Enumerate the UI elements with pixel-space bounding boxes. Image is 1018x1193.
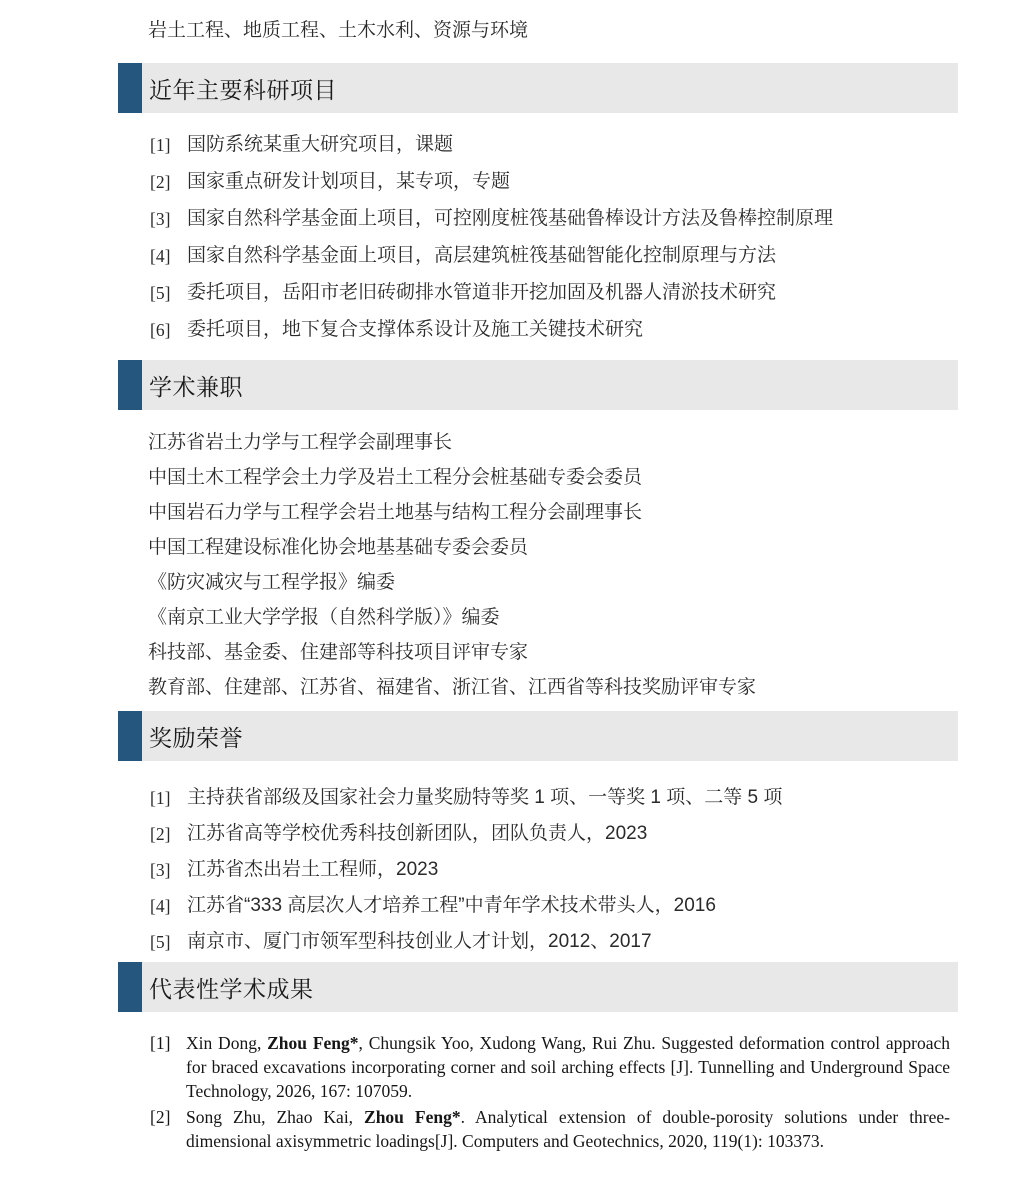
- publication-authors-before: Xin Dong,: [186, 1033, 267, 1053]
- list-item: [2] 国家重点研发计划项目，某专项，专题: [150, 169, 958, 195]
- list-item: [1] 主持获省部级及国家社会力量奖励特等奖 1 项、一等奖 1 项、二等 5 …: [150, 785, 958, 811]
- item-number: [4]: [150, 893, 187, 919]
- item-text: 主持获省部级及国家社会力量奖励特等奖 1 项、一等奖 1 项、二等 5 项: [187, 785, 782, 811]
- publication-author-highlight: Zhou Feng*: [267, 1033, 358, 1053]
- list-item: 中国岩石力学与工程学会岩土地基与结构工程分会副理事长: [148, 500, 958, 526]
- list-item: [1] 国防系统某重大研究项目，课题: [150, 132, 958, 158]
- research-fields-line: 岩土工程、地质工程、土木水利、资源与环境: [148, 18, 528, 44]
- publications-list: [1]Xin Dong, Zhou Feng*, Chungsik Yoo, X…: [150, 1031, 950, 1155]
- list-item: [4] 江苏省“333 高层次人才培养工程”中青年学术技术带头人，2016: [150, 893, 958, 919]
- awards-list: [1] 主持获省部级及国家社会力量奖励特等奖 1 项、一等奖 1 项、二等 5 …: [150, 785, 958, 965]
- section-header-projects: 近年主要科研项目: [118, 63, 958, 113]
- section-header-academic-positions: 学术兼职: [118, 360, 958, 410]
- list-item: 中国工程建设标准化协会地基基础专委会委员: [148, 535, 958, 561]
- list-item: 《南京工业大学学报（自然科学版）》编委: [148, 605, 958, 631]
- projects-list: [1] 国防系统某重大研究项目，课题 [2] 国家重点研发计划项目，某专项，专题…: [150, 132, 958, 354]
- list-item: 江苏省岩土力学与工程学会副理事长: [148, 430, 958, 456]
- item-text: 国防系统某重大研究项目，课题: [187, 132, 453, 158]
- section-accent-bar: [118, 360, 142, 410]
- publication-item: [1]Xin Dong, Zhou Feng*, Chungsik Yoo, X…: [150, 1031, 950, 1103]
- list-item: [2] 江苏省高等学校优秀科技创新团队，团队负责人，2023: [150, 821, 958, 847]
- section-accent-bar: [118, 63, 142, 113]
- item-text: 江苏省杰出岩土工程师，2023: [187, 857, 438, 883]
- item-text: 委托项目，地下复合支撑体系设计及施工关键技术研究: [187, 317, 643, 343]
- list-item: 《防灾减灾与工程学报》编委: [148, 570, 958, 596]
- list-item: [5] 委托项目，岳阳市老旧砖砌排水管道非开挖加固及机器人清淤技术研究: [150, 280, 958, 306]
- cv-document-page: 岩土工程、地质工程、土木水利、资源与环境 近年主要科研项目 [1] 国防系统某重…: [0, 0, 1018, 1193]
- item-number: [3]: [150, 857, 187, 883]
- section-header-awards: 奖励荣誉: [118, 711, 958, 761]
- item-number: [5]: [150, 280, 187, 306]
- list-item: 教育部、住建部、江苏省、福建省、浙江省、江西省等科技奖励评审专家: [148, 675, 958, 701]
- list-item: [5] 南京市、厦门市领军型科技创业人才计划，2012、2017: [150, 929, 958, 955]
- item-number: [5]: [150, 929, 187, 955]
- item-text: 国家自然科学基金面上项目，可控刚度桩筏基础鲁棒设计方法及鲁棒控制原理: [187, 206, 833, 232]
- publication-authors-before: Song Zhu, Zhao Kai,: [186, 1107, 364, 1127]
- section-title-projects: 近年主要科研项目: [149, 72, 337, 105]
- item-number: [2]: [150, 821, 187, 847]
- item-number: [3]: [150, 206, 187, 232]
- list-item: [6] 委托项目，地下复合支撑体系设计及施工关键技术研究: [150, 317, 958, 343]
- item-text: 国家重点研发计划项目，某专项，专题: [187, 169, 510, 195]
- section-header-publications: 代表性学术成果: [118, 962, 958, 1012]
- item-text: 委托项目，岳阳市老旧砖砌排水管道非开挖加固及机器人清淤技术研究: [187, 280, 776, 306]
- item-number: [2]: [150, 169, 187, 195]
- item-text: 国家自然科学基金面上项目，高层建筑桩筏基础智能化控制原理与方法: [187, 243, 776, 269]
- item-text: 江苏省“333 高层次人才培养工程”中青年学术技术带头人，2016: [187, 893, 716, 919]
- list-item: [3] 国家自然科学基金面上项目，可控刚度桩筏基础鲁棒设计方法及鲁棒控制原理: [150, 206, 958, 232]
- item-number: [2]: [150, 1105, 170, 1129]
- item-number: [1]: [150, 132, 187, 158]
- publication-item: [2]Song Zhu, Zhao Kai, Zhou Feng*. Analy…: [150, 1105, 950, 1153]
- item-number: [1]: [150, 1031, 170, 1055]
- item-number: [4]: [150, 243, 187, 269]
- list-item: [3] 江苏省杰出岩土工程师，2023: [150, 857, 958, 883]
- list-item: 中国土木工程学会土力学及岩土工程分会桩基础专委会委员: [148, 465, 958, 491]
- section-title-academic-positions: 学术兼职: [149, 369, 243, 402]
- list-item: 科技部、基金委、住建部等科技项目评审专家: [148, 640, 958, 666]
- item-number: [6]: [150, 317, 187, 343]
- section-title-publications: 代表性学术成果: [149, 971, 314, 1004]
- list-item: [4] 国家自然科学基金面上项目，高层建筑桩筏基础智能化控制原理与方法: [150, 243, 958, 269]
- section-title-awards: 奖励荣誉: [149, 720, 243, 753]
- item-text: 江苏省高等学校优秀科技创新团队，团队负责人，2023: [187, 821, 647, 847]
- academic-positions-list: 江苏省岩土力学与工程学会副理事长 中国土木工程学会土力学及岩土工程分会桩基础专委…: [148, 430, 958, 710]
- item-number: [1]: [150, 785, 187, 811]
- publication-author-highlight: Zhou Feng*: [364, 1107, 461, 1127]
- section-accent-bar: [118, 711, 142, 761]
- item-text: 南京市、厦门市领军型科技创业人才计划，2012、2017: [187, 929, 652, 955]
- section-accent-bar: [118, 962, 142, 1012]
